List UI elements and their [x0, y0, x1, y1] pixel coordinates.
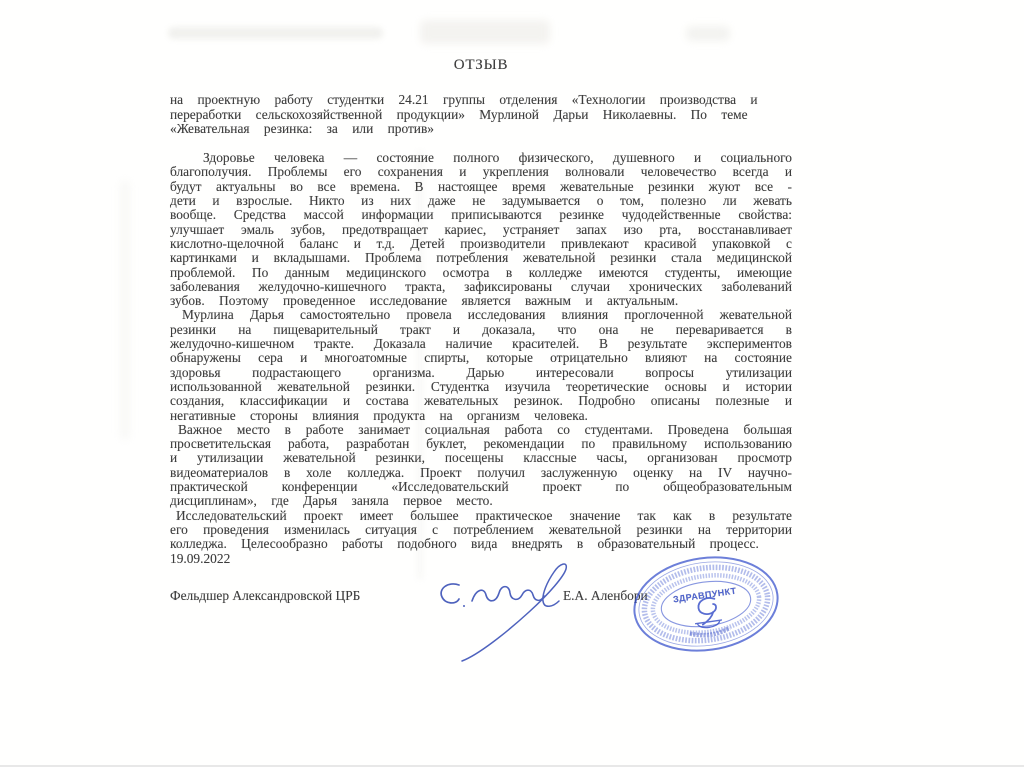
- signature-block: Фельдшер Александровской ЦРБ Е.А. Аленбо…: [170, 579, 792, 719]
- body-paragraph-3: Важное место в работе занимает социальна…: [170, 423, 792, 509]
- body-paragraph-2: Мурлина Дарья самостоятельно провела исс…: [170, 308, 792, 422]
- medical-round-stamp: ЗДРАВПУНКТ: [628, 553, 784, 655]
- document-subject: на проектную работу студентки 24.21 груп…: [170, 93, 792, 136]
- scan-smudge: [420, 20, 550, 44]
- scan-smudge: [168, 27, 383, 39]
- scanned-review-document: ОТЗЫВ на проектную работу студентки 24.2…: [0, 0, 1024, 767]
- body-paragraph-1: Здоровье человека — состояние полного фи…: [170, 151, 792, 308]
- signer-position-label: Фельдшер Александровской ЦРБ: [170, 589, 360, 603]
- bowl-of-hygieia-icon: [692, 596, 722, 628]
- document-body: ОТЗЫВ на проектную работу студентки 24.2…: [170, 58, 792, 719]
- scan-fold-streak: [120, 180, 130, 440]
- stamp-center-text: ЗДРАВПУНКТ: [672, 585, 737, 604]
- scan-smudge: [686, 26, 730, 41]
- document-title: ОТЗЫВ: [170, 58, 792, 72]
